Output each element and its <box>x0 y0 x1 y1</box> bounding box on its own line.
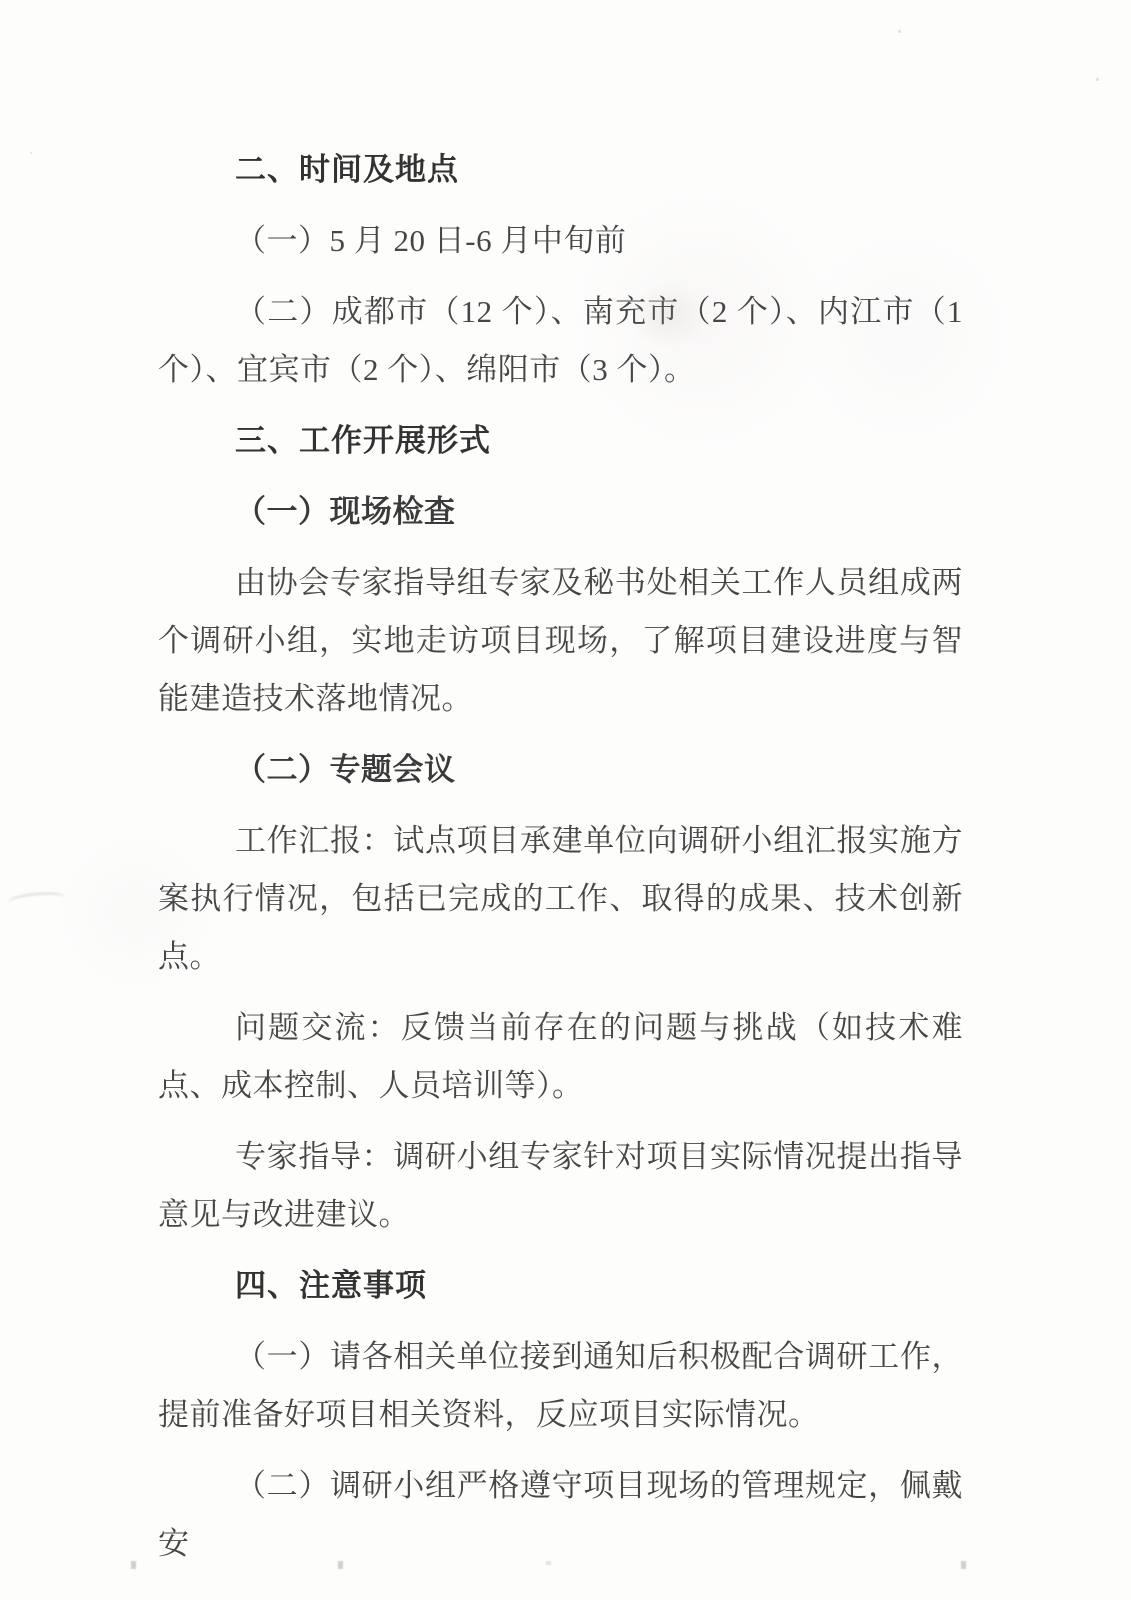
document-page: 二、时间及地点 （一）5 月 20 日-6 月中旬前 （二）成都市（12 个）、… <box>0 0 1131 1600</box>
scan-artifact-scribble <box>8 890 67 909</box>
item-two-cities: （二）成都市（12 个）、南充市（2 个）、内江市（1 个）、宜宾市（2 个）、… <box>158 283 963 399</box>
subheading-two-special-meeting: （二）专题会议 <box>158 741 963 799</box>
scan-artifact-ghost <box>628 282 708 348</box>
heading-section-four-notes: 四、注意事项 <box>158 1257 963 1315</box>
scan-artifact-speck <box>30 152 32 154</box>
heading-section-two-time-location: 二、时间及地点 <box>158 141 963 199</box>
para-work-report: 工作汇报：试点项目承建单位向调研小组汇报实施方案执行情况，包括已完成的工作、取得… <box>158 812 963 986</box>
para-site-inspection-detail: 由协会专家指导组专家及秘书处相关工作人员组成两个调研小组，实地走访项目现场，了解… <box>158 554 963 728</box>
para-problem-exchange: 问题交流：反馈当前存在的问题与挑战（如技术难点、成本控制、人员培训等）。 <box>158 999 963 1115</box>
scan-artifact-tick <box>338 1561 343 1569</box>
scan-artifact-tick <box>546 1561 551 1565</box>
item-one-dates: （一）5 月 20 日-6 月中旬前 <box>158 212 963 270</box>
para-note-two-truncated: （二）调研小组严格遵守项目现场的管理规定，佩戴安 <box>158 1457 963 1573</box>
scan-artifact-speck <box>1096 78 1099 81</box>
scan-artifact-tick <box>131 1561 136 1569</box>
heading-section-three-work-format: 三、工作开展形式 <box>158 412 963 470</box>
subheading-one-site-inspection: （一）现场检查 <box>158 483 963 541</box>
para-note-one: （一）请各相关单位接到通知后积极配合调研工作，提前准备好项目相关资料，反应项目实… <box>158 1328 963 1444</box>
para-expert-guidance: 专家指导：调研小组专家针对项目实际情况提出指导意见与改进建议。 <box>158 1128 963 1244</box>
scan-artifact-tick <box>961 1561 966 1569</box>
document-body: 二、时间及地点 （一）5 月 20 日-6 月中旬前 （二）成都市（12 个）、… <box>158 141 963 1586</box>
scan-artifact-speck <box>898 30 901 33</box>
